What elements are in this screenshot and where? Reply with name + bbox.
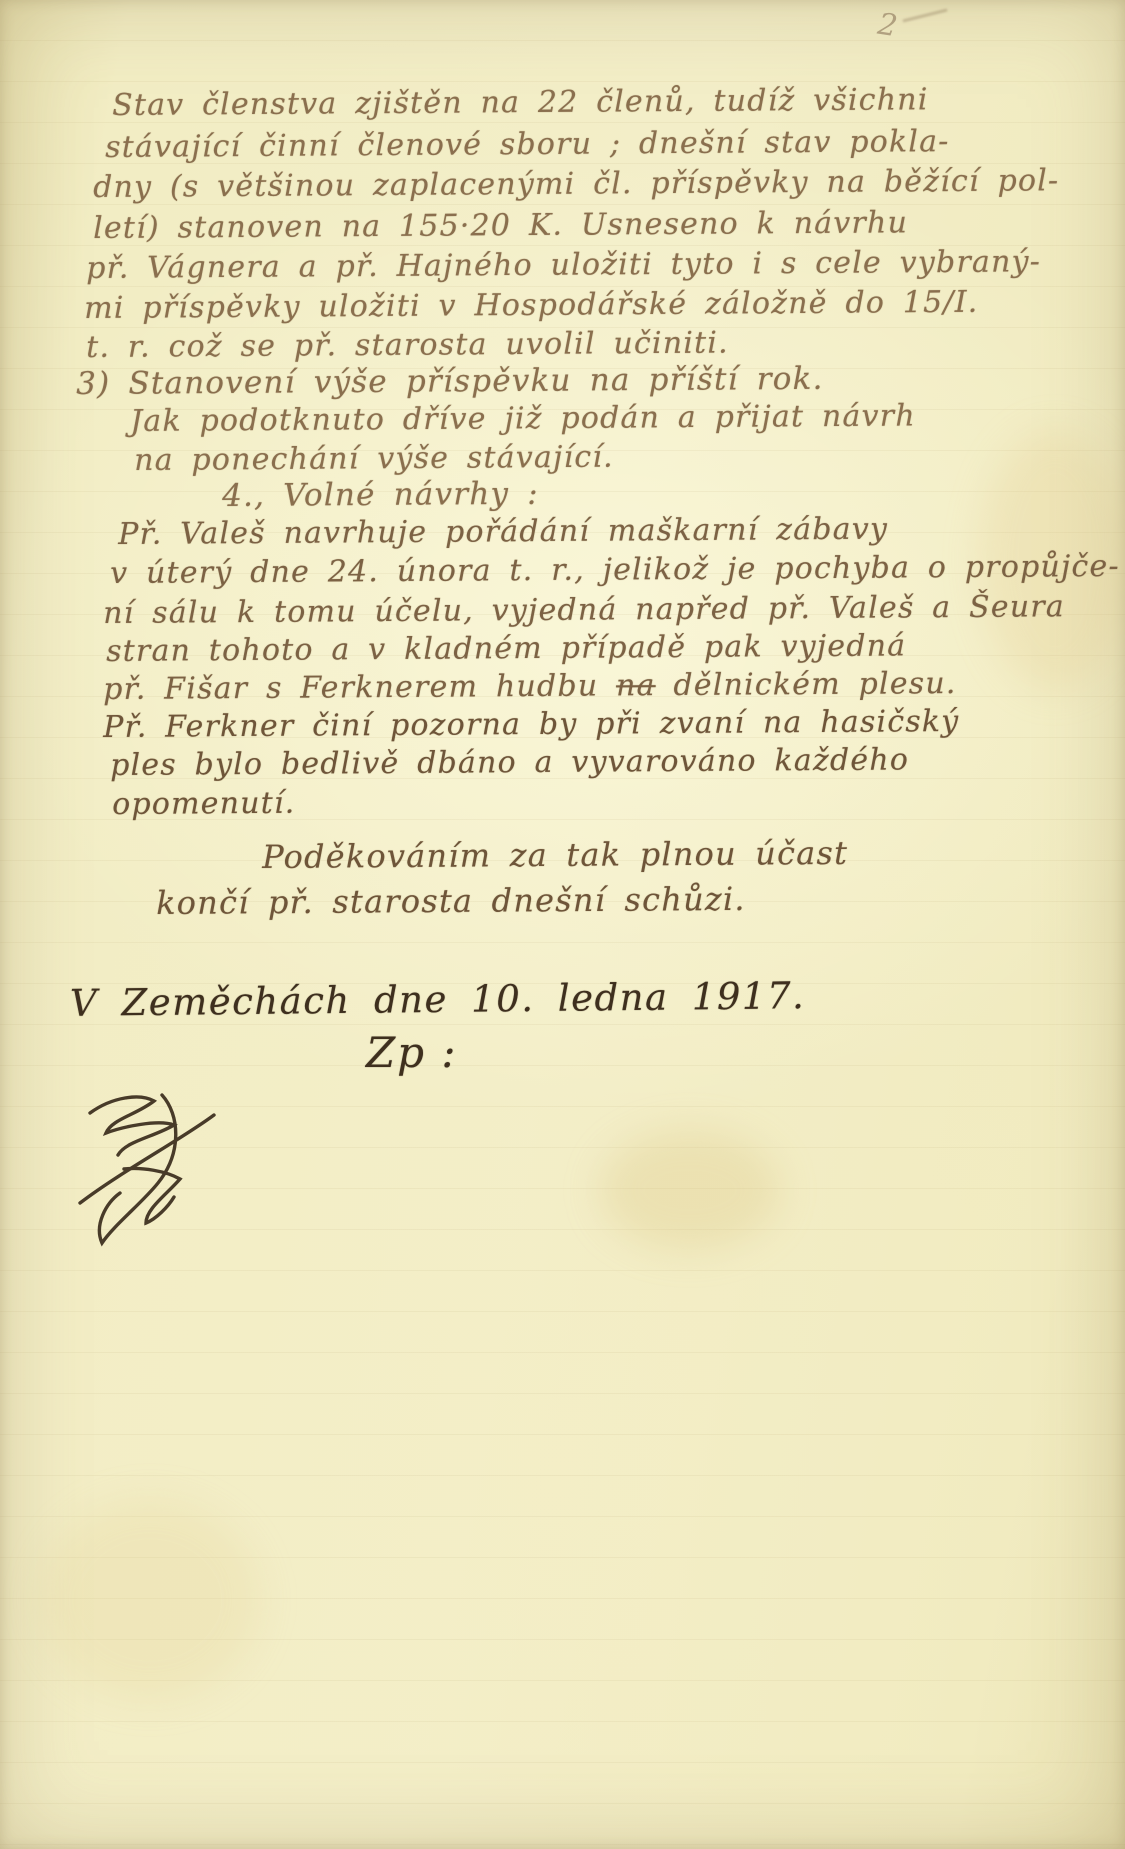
manuscript-line: Jak podotknuto dříve již podán a přijat …: [130, 399, 916, 439]
dateline: V Zeměchách dne 10. ledna 1917.: [70, 974, 806, 1025]
signature: [62, 1075, 292, 1255]
manuscript-line: Př. Valeš navrhuje pořádání maškarní záb…: [118, 512, 888, 552]
page-number: 2: [875, 7, 899, 45]
struck-word: na: [616, 668, 656, 703]
manuscript-line: stran tohoto a v kladném případě pak vyj…: [106, 628, 906, 669]
manuscript-line: letí) stanoven na 155·20 K. Usneseno k n…: [93, 205, 908, 246]
manuscript-line-with-correction: př. Fišar s Ferknerem hudbu na dělnickém…: [103, 666, 957, 707]
manuscript-line: př. Vágnera a př. Hajného uložiti tyto i…: [86, 244, 1041, 286]
ink-smudge: [902, 8, 947, 22]
closing-line: končí př. starosta dnešní schůzi.: [156, 880, 746, 922]
agenda-item-4-heading: 4., Volné návrhy :: [222, 476, 539, 514]
signoff-abbreviation: Zp :: [366, 1028, 458, 1077]
manuscript-line: ní sálu k tomu účelu, vyjedná napřed př.…: [103, 589, 1065, 631]
paper-stain: [40, 1500, 260, 1700]
paper-stain: [600, 1130, 780, 1250]
manuscript-line: stávající činní členové sboru ; dnešní s…: [105, 124, 950, 165]
line-text: př. Fišar s Ferknerem hudbu: [103, 668, 616, 707]
manuscript-page: 2 Stav členstva zjištěn na 22 členů, tud…: [0, 0, 1125, 1849]
manuscript-line: dny (s většinou zaplacenými čl. příspěvk…: [93, 163, 1059, 205]
manuscript-line: opomenutí.: [112, 786, 296, 822]
agenda-item-3-heading: 3) Stanovení výše příspěvku na příští ro…: [76, 361, 824, 402]
manuscript-line: v úterý dne 24. února t. r., jelikož je …: [110, 549, 1120, 591]
line-text: dělnickém plesu.: [656, 666, 957, 703]
manuscript-line: Stav členstva zjištěn na 22 členů, tudíž…: [112, 82, 929, 123]
manuscript-line: na ponechání výše stávající.: [134, 440, 614, 478]
closing-line: Poděkováním za tak plnou účast: [262, 834, 848, 876]
manuscript-line: mi příspěvky uložiti v Hospodářské zálož…: [84, 285, 979, 326]
manuscript-line: Př. Ferkner činí pozorna by při zvaní na…: [103, 704, 960, 745]
manuscript-line: t. r. což se př. starosta uvolil učiniti…: [86, 326, 729, 365]
manuscript-line: ples bylo bedlivě dbáno a vyvarováno kaž…: [110, 742, 909, 783]
